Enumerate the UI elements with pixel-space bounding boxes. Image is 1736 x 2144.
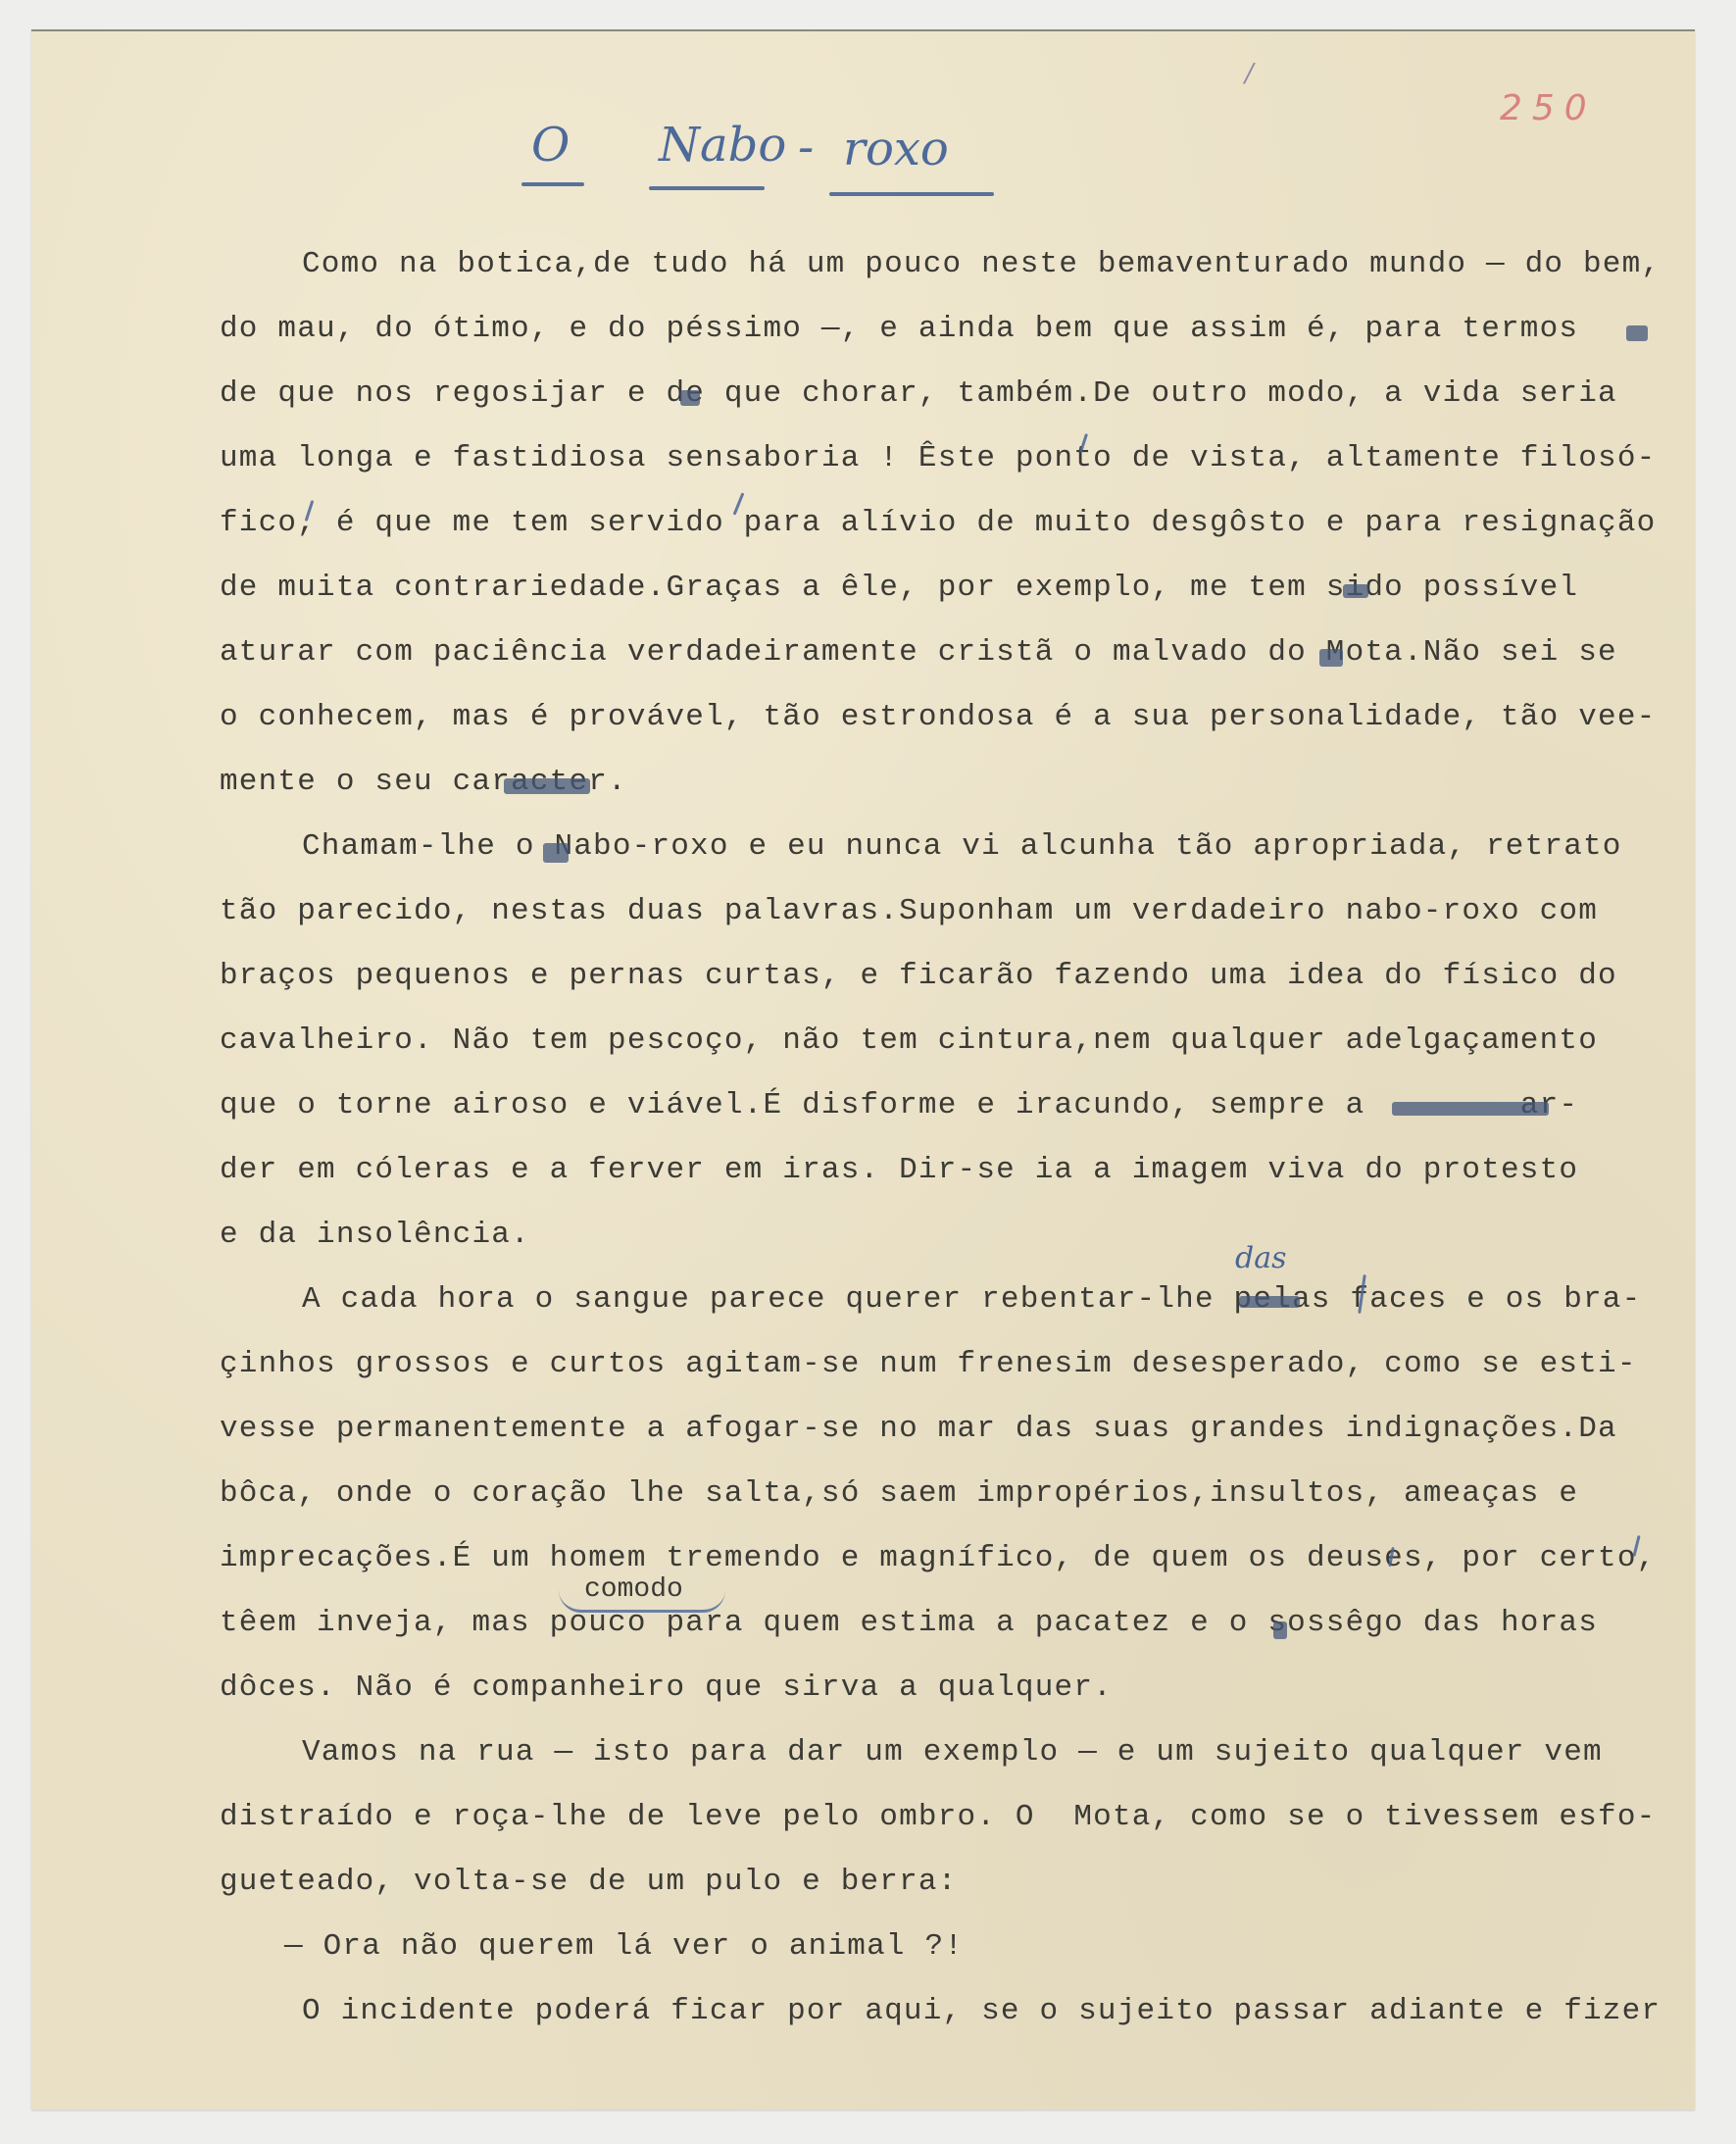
text-line: Vamos na rua — isto para dar um exemplo … (302, 1733, 1603, 1772)
text-line: distraído e roça-lhe de leve pelo ombro.… (220, 1798, 1656, 1837)
text-line: tão parecido, nestas duas palavras.Supon… (220, 892, 1598, 931)
text-line: que o torne airoso e viável.É disforme e… (220, 1086, 1578, 1125)
title-underline-roxo (829, 192, 994, 196)
text-line: aturar com paciência verdadeiramente cri… (220, 633, 1617, 673)
text-line: braços pequenos e pernas curtas, e ficar… (220, 957, 1617, 996)
dialogue-line: — Ora não querem lá ver o animal ?! (284, 1927, 964, 1967)
text-line: vesse permanentemente a afogar-se no mar… (220, 1410, 1617, 1449)
title-underline-nabo (649, 186, 765, 190)
text-line: dôces. Não é companheiro que sirva a qua… (220, 1669, 1113, 1708)
insertion-das: das (1235, 1241, 1287, 1275)
strike-out-mark (1392, 1102, 1549, 1116)
text-line: gueteado, volta-se de um pulo e berra: (220, 1863, 958, 1902)
text-line: de muita contrariedade.Graças a êle, por… (220, 569, 1578, 608)
text-line: o conhecem, mas é provável, tão estrondo… (220, 698, 1656, 737)
strike-out-mark (504, 778, 590, 794)
text-line: A cada hora o sangue parece querer reben… (302, 1280, 1641, 1320)
text-line: O incidente poderá ficar por aqui, se o … (302, 1992, 1661, 2031)
text-line: der em cóleras e a ferver em iras. Dir-s… (220, 1151, 1578, 1190)
text-line: e da insolência. (220, 1216, 530, 1255)
insertion-caret (559, 1590, 725, 1613)
strike-out-mark (1343, 584, 1368, 598)
text-line: têem inveja, mas pouco para quem estima … (220, 1604, 1598, 1643)
manuscript-page: 250 / O Nabo - roxo Como na botica,de tu… (31, 29, 1695, 2110)
strike-out-mark (680, 390, 700, 406)
text-line: Chamam-lhe o Nabo-roxo e eu nunca vi alc… (302, 827, 1622, 867)
text-line: cavalheiro. Não tem pescoço, não tem cin… (220, 1022, 1598, 1061)
text-line: fico, é que me tem servido para alívio d… (220, 504, 1656, 543)
title-word-roxo: roxo (843, 122, 949, 176)
text-line: çinhos grossos e curtos agitam-se num fr… (220, 1345, 1637, 1384)
margin-mark: / (1245, 59, 1254, 88)
strike-out-mark (1319, 649, 1343, 667)
text-line: bôca, onde o coração lhe salta,só saem i… (220, 1474, 1578, 1514)
strike-out-pelas (1239, 1296, 1300, 1308)
title-underline-article (521, 182, 584, 186)
text-line: do mau, do ótimo, e do péssimo —, e aind… (220, 310, 1578, 349)
text-line: Como na botica,de tudo há um pouco neste… (302, 245, 1661, 284)
strike-out-mark (1626, 325, 1648, 341)
strike-out-mark (543, 843, 569, 863)
title-article: O (531, 118, 570, 173)
text-line: imprecações.É um homem tremendo e magníf… (220, 1539, 1656, 1578)
strike-out-mark (1273, 1621, 1287, 1639)
text-line: de que nos regosijar e de que chorar, ta… (220, 374, 1617, 414)
title-hyphen: - (798, 120, 814, 175)
text-line: uma longa e fastidiosa sensaboria ! Êste… (220, 439, 1656, 478)
handwritten-title: O Nabo - roxo (31, 118, 1695, 206)
title-word-nabo: Nabo (659, 118, 786, 173)
